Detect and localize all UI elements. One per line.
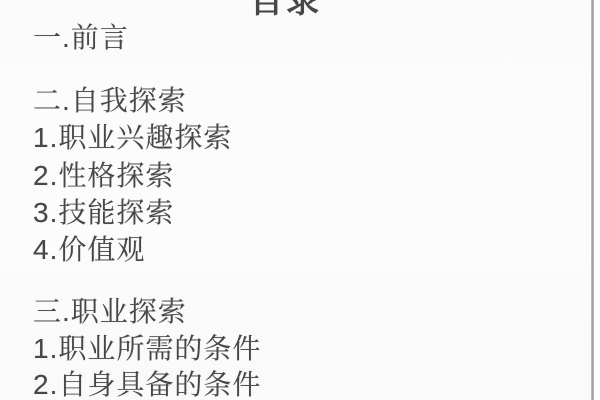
document-page: 目录 一.前言 二.自我探索 1.职业兴趣探索 2.性格探索 3.技能探索 4.… <box>0 0 600 400</box>
toc-item-career-requirements: 1.职业所需的条件 <box>33 333 261 365</box>
toc-item-personality: 2.性格探索 <box>33 160 174 192</box>
toc-title: 目录 <box>0 0 582 22</box>
toc-heading-self-exploration: 二.自我探索 <box>33 85 187 117</box>
toc-item-values: 4.价值观 <box>33 234 145 266</box>
toc-item-career-interest: 1.职业兴趣探索 <box>33 122 232 154</box>
toc-item-own-conditions: 2.自身具备的条件 <box>33 369 261 400</box>
page-edge-line <box>591 0 594 400</box>
toc-heading-preface: 一.前言 <box>33 22 129 54</box>
page-right-margin <box>594 0 600 400</box>
toc-heading-career-exploration: 三.职业探索 <box>33 296 187 328</box>
toc-item-skill: 3.技能探索 <box>33 197 174 229</box>
